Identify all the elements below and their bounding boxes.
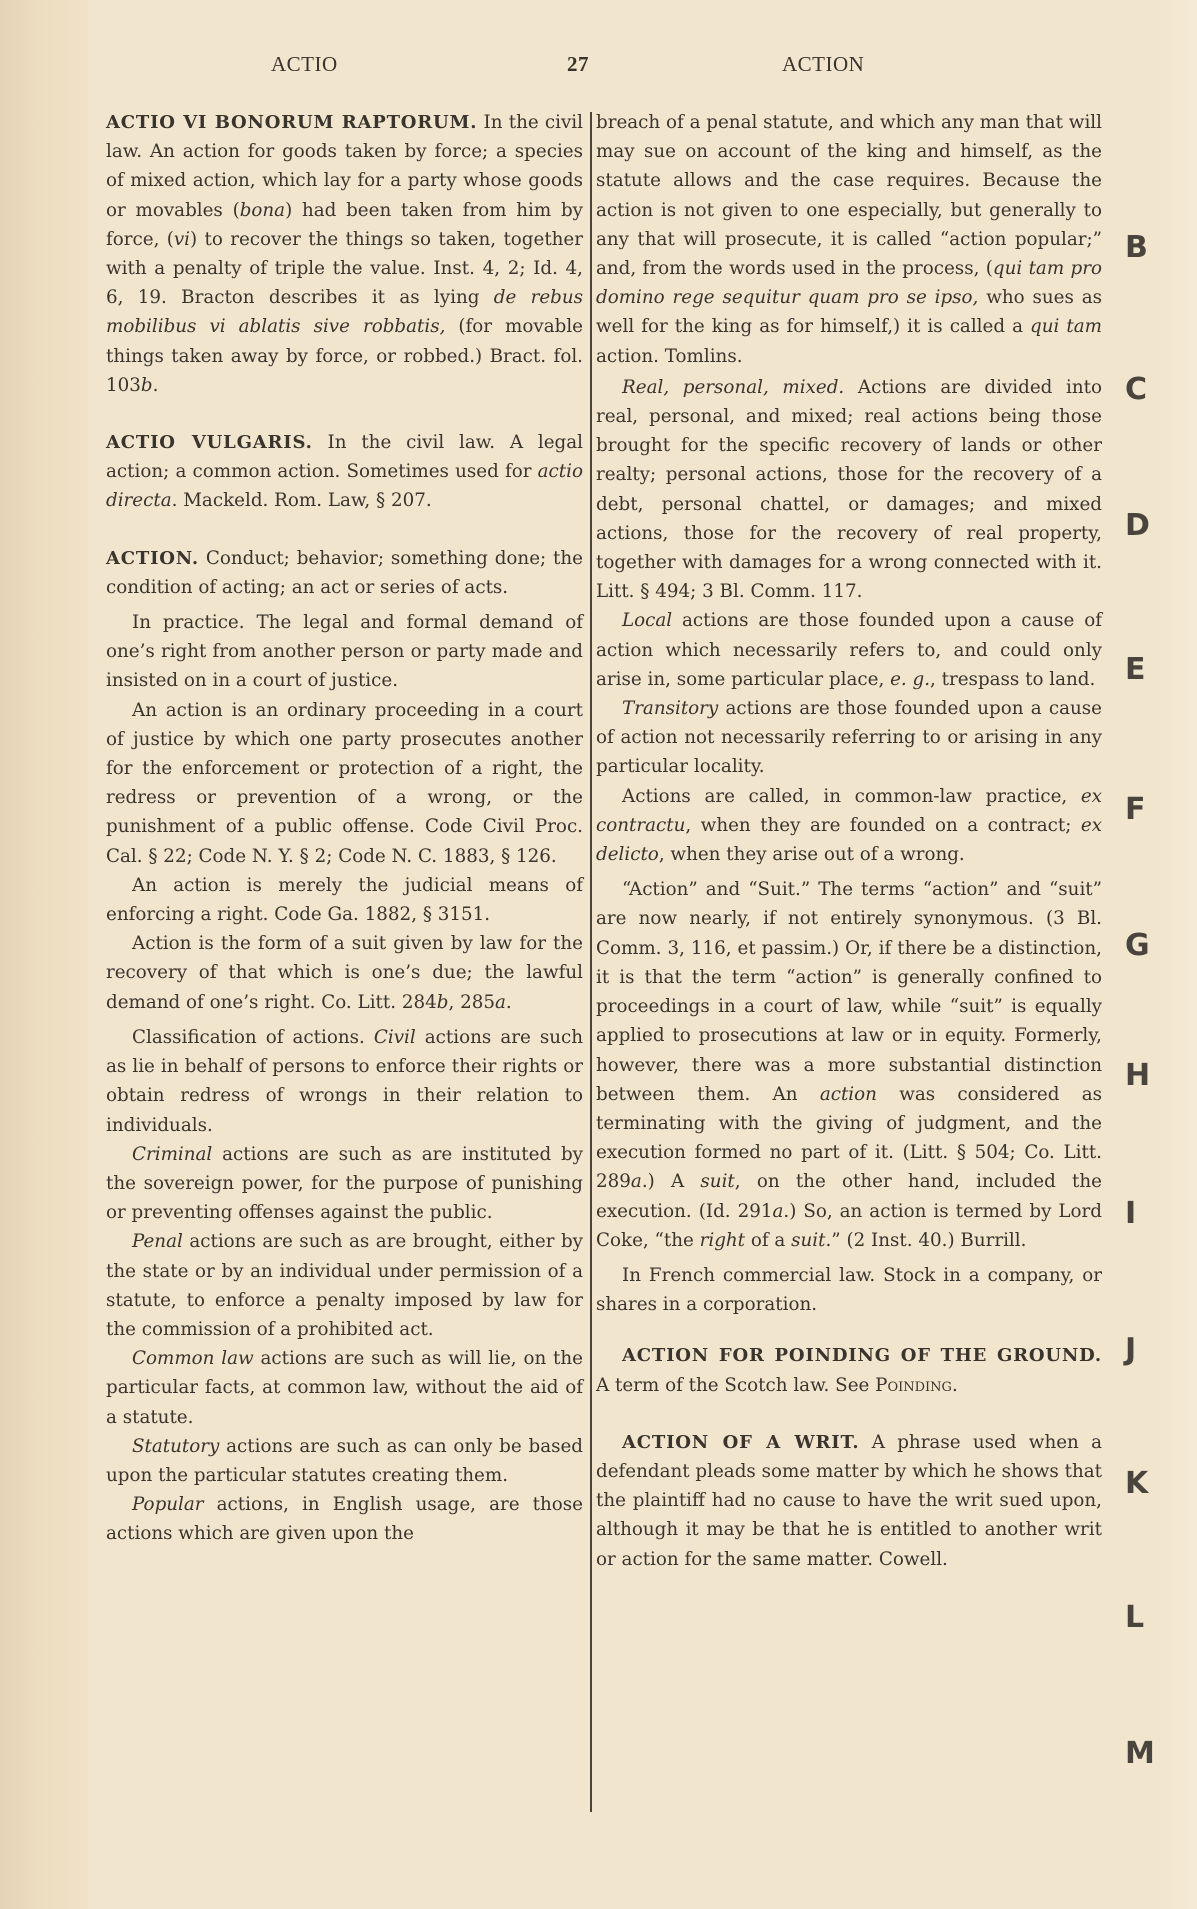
entry-actio-vulgaris: ACTIO VULGARIS. In the civil law. A lega… xyxy=(106,428,583,516)
page-number: 27 xyxy=(567,52,589,77)
cross-reference-poinding[interactable]: Poinding xyxy=(875,1375,952,1396)
thumb-tab-b[interactable]: B xyxy=(1125,230,1148,265)
left-column: ACTIO VI BONORUM RAPTORUM. In the civil … xyxy=(106,108,583,1549)
thumb-tab-i[interactable]: I xyxy=(1125,1196,1136,1231)
thumb-tab-m[interactable]: M xyxy=(1125,1736,1155,1771)
classification-statutory: Statutory actions are such as can only b… xyxy=(106,1432,583,1490)
classification-popular: Popular actions, in English usage, are t… xyxy=(106,1490,583,1548)
headword: ACTION OF A WRIT. xyxy=(622,1432,859,1453)
french-commercial-law: In French commercial law. Stock in a com… xyxy=(596,1261,1102,1319)
action-and-suit: “Action” and “Suit.” The terms “action” … xyxy=(596,875,1102,1255)
headword: ACTIO VULGARIS. xyxy=(106,432,313,453)
definition-form-of-suit: Action is the form of a suit given by la… xyxy=(106,929,583,1017)
local-actions: Local actions are those founded upon a c… xyxy=(596,606,1102,694)
entry-text: ACTIO VULGARIS. In the civil law. A lega… xyxy=(106,428,583,516)
thumb-tab-c[interactable]: C xyxy=(1125,372,1147,407)
thumb-tab-f[interactable]: F xyxy=(1125,792,1146,827)
thumb-tab-d[interactable]: D xyxy=(1125,508,1150,543)
thumb-index: B C D E F G H I J K L M xyxy=(1125,0,1185,1909)
headword: ACTIO VI BONORUM RAPTORUM. xyxy=(106,112,477,133)
classification-common-law: Common law actions are such as will lie,… xyxy=(106,1344,583,1432)
definition-ordinary-proceeding: An action is an ordinary proceeding in a… xyxy=(106,696,583,871)
right-column: breach of a penal statute, and which any… xyxy=(596,108,1102,1574)
page-gutter-shadow xyxy=(0,0,88,1909)
entry-text: ACTION. Conduct; behavior; something don… xyxy=(106,544,583,602)
definition-judicial-means: An action is merely the judicial means o… xyxy=(106,871,583,929)
entry-action: ACTION. Conduct; behavior; something don… xyxy=(106,544,583,1549)
headword: ACTION. xyxy=(106,548,199,569)
popular-continued: breach of a penal statute, and which any… xyxy=(596,108,1102,371)
real-personal-mixed: Real, personal, mixed. Actions are divid… xyxy=(596,373,1102,607)
transitory-actions: Transitory actions are those founded upo… xyxy=(596,694,1102,782)
classification-penal: Penal actions are such as are brought, e… xyxy=(106,1227,583,1344)
sense-in-practice: In practice. The legal and formal demand… xyxy=(106,608,583,696)
thumb-tab-l[interactable]: L xyxy=(1125,1600,1144,1635)
classification-criminal: Criminal actions are such as are institu… xyxy=(106,1140,583,1228)
running-head-right: ACTION xyxy=(782,52,864,77)
thumb-tab-h[interactable]: H xyxy=(1125,1058,1150,1093)
running-head-left: ACTIO xyxy=(271,52,338,77)
running-head: ACTIO 27 ACTION xyxy=(0,52,1197,82)
entry-action-of-a-writ: ACTION OF A WRIT. A phrase used when a d… xyxy=(596,1428,1102,1574)
ex-contractu-ex-delicto: Actions are called, in common-law practi… xyxy=(596,782,1102,870)
thumb-tab-g[interactable]: G xyxy=(1125,928,1150,963)
thumb-tab-e[interactable]: E xyxy=(1125,652,1146,687)
entry-text: ACTION OF A WRIT. A phrase used when a d… xyxy=(596,1428,1102,1574)
entry-text: ACTIO VI BONORUM RAPTORUM. In the civil … xyxy=(106,108,583,400)
headword: ACTION FOR POINDING OF THE GROUND. xyxy=(622,1345,1102,1366)
thumb-tab-j[interactable]: J xyxy=(1125,1332,1136,1367)
entry-actio-vi-bonorum-raptorum: ACTIO VI BONORUM RAPTORUM. In the civil … xyxy=(106,108,583,400)
entry-text: ACTION FOR POINDING OF THE GROUND. A ter… xyxy=(596,1341,1102,1399)
thumb-tab-k[interactable]: K xyxy=(1125,1466,1148,1501)
classification-civil: Classification of actions. Civil actions… xyxy=(106,1023,583,1140)
column-divider xyxy=(590,112,592,1812)
entry-action-for-poinding: ACTION FOR POINDING OF THE GROUND. A ter… xyxy=(596,1341,1102,1399)
